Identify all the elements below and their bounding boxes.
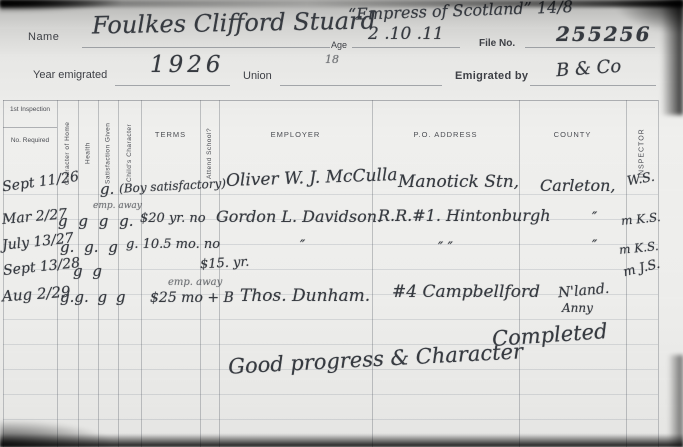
col-header-employer: EMPLOYER: [219, 130, 372, 139]
col-header-health: Health: [79, 104, 97, 202]
file-no-underline: [525, 47, 655, 48]
col-header-no-required: No. Required: [5, 137, 55, 144]
row5-grades: g.g. g g: [60, 288, 125, 306]
scanned-record-card: “Empress of Scotland” 14/8 Name Foulkes …: [0, 0, 683, 447]
year-emigrated-label: Year emigrated: [33, 69, 107, 81]
row5-terms: $25 mo + B: [150, 290, 234, 306]
row1-grades: g.: [100, 180, 114, 198]
row5-employer: Thos. Dunham.: [240, 286, 370, 306]
col-header-1st-inspection: 1st Inspection: [5, 106, 55, 113]
row5-address: #4 Campbellford: [392, 282, 540, 302]
row3-grades: g. g. g: [60, 238, 118, 256]
union-underline: [280, 85, 442, 86]
row2-terms: $20 yr. no: [140, 211, 206, 226]
row2-address: R.R.#1. Hintonburgh: [378, 206, 551, 225]
row3-terms: g. 10.5 mo. no: [126, 237, 220, 252]
table-top-border: [3, 100, 658, 101]
age-underline: [352, 47, 460, 48]
year-value: 1926: [150, 52, 225, 78]
inspection-cell-divider: [3, 127, 57, 128]
emigrated-by-label: Emigrated by: [455, 70, 528, 82]
col-header-terms: TERMS: [141, 130, 200, 139]
row3-county: ″: [592, 238, 597, 254]
col-header-po-address: P.O. ADDRESS: [372, 130, 519, 139]
row2-note: emp. away: [93, 201, 142, 211]
row3-employer: ″: [300, 238, 305, 254]
age-label: Age: [331, 40, 347, 50]
year-underline: [115, 85, 230, 86]
union-mark: 18: [325, 53, 339, 66]
file-no-value: 255256: [556, 22, 652, 46]
row5-inspector: Anny: [562, 301, 593, 315]
row1-county: Carleton,: [540, 176, 615, 195]
row4-terms: $15. yr.: [200, 255, 250, 273]
row4-grades: g g: [73, 262, 102, 280]
emigrated-by-underline: [530, 85, 656, 86]
row1-address: Manotick Stn,: [398, 172, 519, 192]
table-line-8: [372, 100, 373, 447]
name-underline: [82, 47, 330, 48]
name-value: Foulkes Clifford Stuard: [92, 7, 376, 40]
row5-note: emp. away: [168, 277, 222, 288]
table-line-5: [141, 100, 142, 447]
file-no-label: File No.: [479, 38, 515, 49]
row3-address: ″ ″: [438, 240, 453, 256]
table-line-7: [219, 100, 220, 447]
name-label: Name: [28, 31, 59, 43]
row2-grades: g g g g.: [58, 212, 133, 230]
row2-county: ″: [592, 210, 597, 226]
age-value: 2 .10 .11: [368, 24, 444, 44]
table-line-right: [658, 100, 659, 447]
union-label: Union: [243, 70, 272, 82]
row2-employer: Gordon L. Davidson.: [216, 207, 382, 226]
col-header-character-of-home: Character of Home: [58, 104, 77, 202]
col-header-county: COUNTY: [519, 130, 626, 139]
table-line-9: [519, 100, 520, 447]
